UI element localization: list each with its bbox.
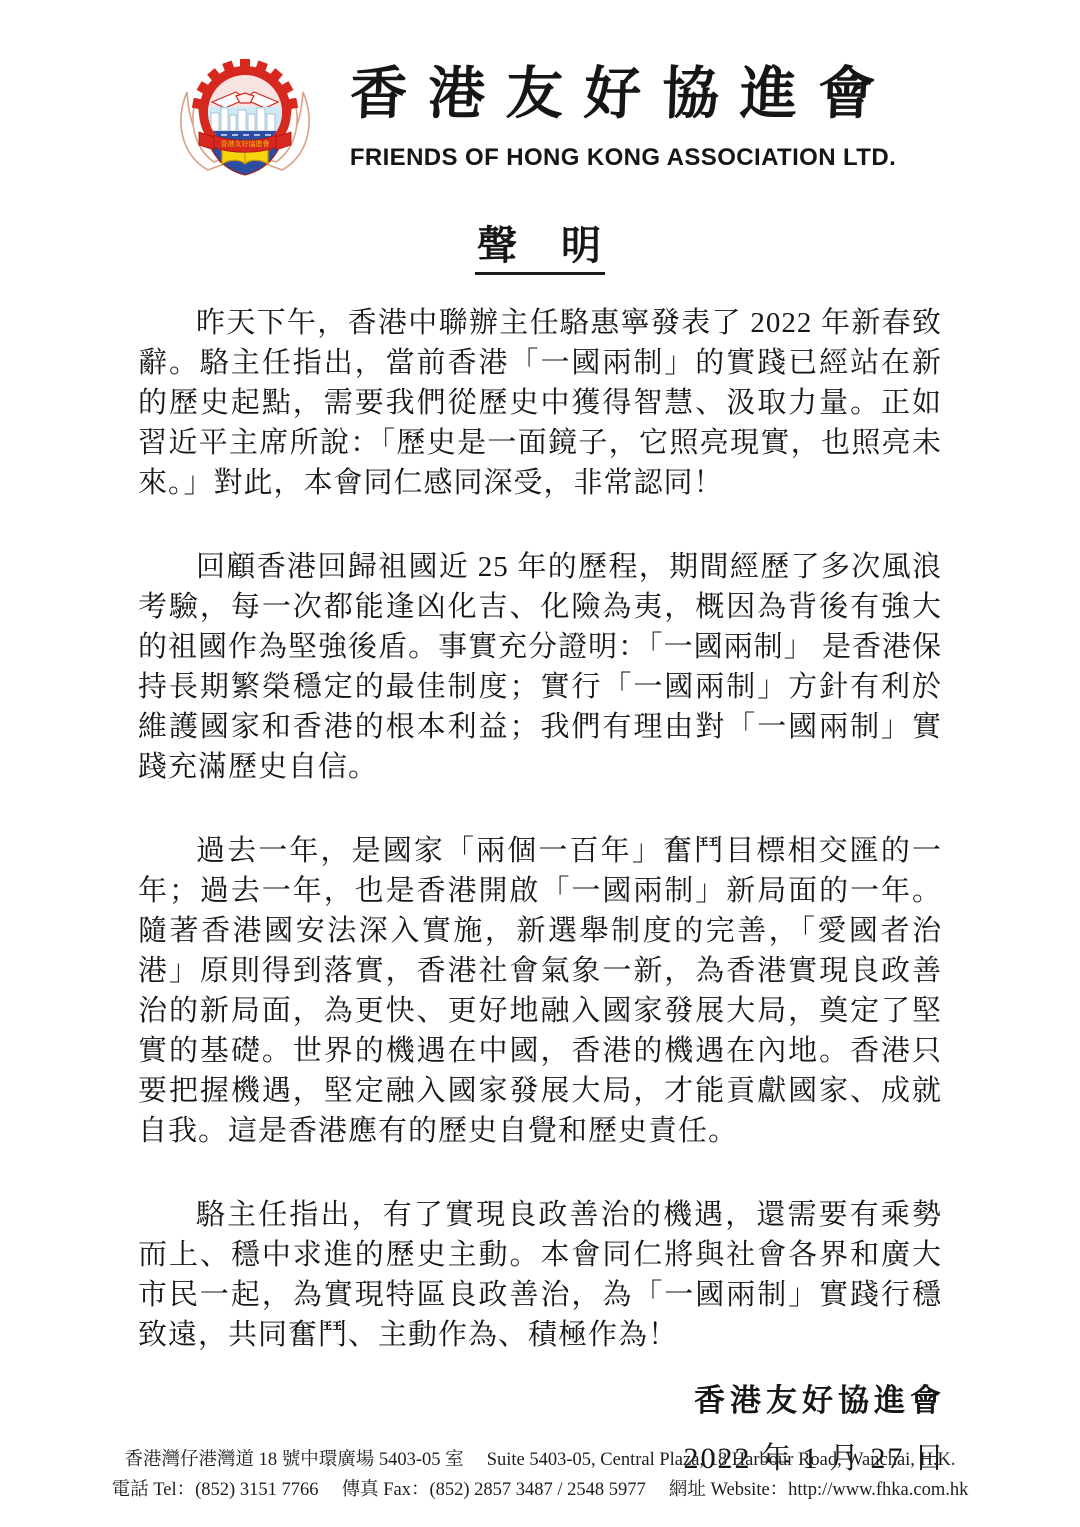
signature-org: 香港友好協進會 [0,1375,946,1420]
paragraph-3: 過去一年，是國家「兩個一百年」奮鬥目標相交匯的一年；過去一年，也是香港開啟「一國… [138,831,942,1151]
footer-contacts: 電話 Tel：(852) 3151 7766 傳真 Fax：(852) 2857… [0,1475,1080,1505]
skyline [208,107,282,131]
emblem-icon: 香港友好協進會 [170,50,320,200]
footer: 香港灣仔港灣道 18 號中環廣場 5403-05 室 Suite 5403-05… [0,1445,1080,1505]
paragraph-1: 昨天下午，香港中聯辦主任駱惠寧發表了 2022 年新春致辭。駱主任指出，當前香港… [138,303,942,503]
document-title: 聲 明 [0,214,1080,271]
association-emblem-logo: 香港友好協進會 [170,50,320,200]
footer-address: 香港灣仔港灣道 18 號中環廣場 5403-05 室 Suite 5403-05… [0,1445,1080,1475]
org-names: 香港友好協進會 FRIENDS OF HONG KONG ASSOCIATION… [328,50,918,172]
document-title-text: 聲 明 [475,223,605,275]
statement-body: 昨天下午，香港中聯辦主任駱惠寧發表了 2022 年新春致辭。駱主任指出，當前香港… [0,303,1080,1355]
ribbon-text: 香港友好協進會 [221,139,270,148]
org-name-chinese: 香港友好協進會 [327,62,919,128]
letterhead: 香港友好協進會 香港友好協進會 FRIENDS OF HONG KONG ASS… [0,0,1080,200]
paragraph-4: 駱主任指出，有了實現良政善治的機遇，還需要有乘勢而上、穩中求進的歷史主動。本會同… [138,1195,942,1355]
org-name-english: FRIENDS OF HONG KONG ASSOCIATION LTD. [328,144,918,172]
statement-document: 香港友好協進會 香港友好協進會 FRIENDS OF HONG KONG ASS… [0,0,1080,1527]
paragraph-2: 回顧香港回歸祖國近 25 年的歷程，期間經歷了多次風浪考驗，每一次都能逢凶化吉、… [138,547,942,787]
